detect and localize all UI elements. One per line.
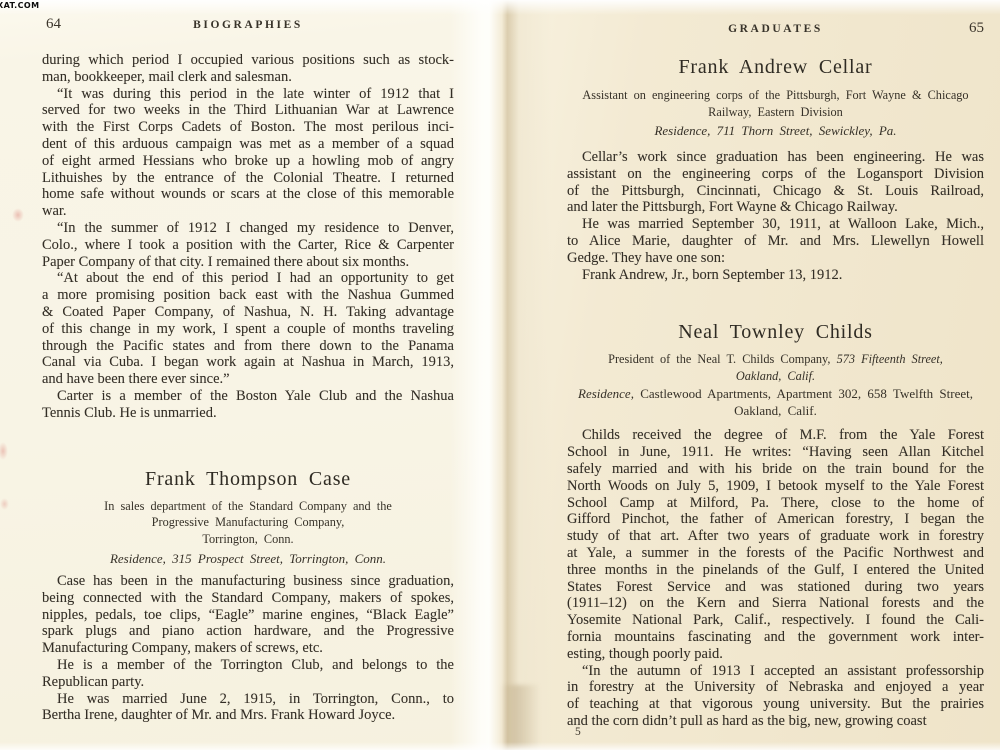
text-line: safely married and with his bride on the… [567,461,984,478]
text-line: Yosemite National Park, Calif., respecti… [567,612,984,629]
page-number-65: 65 [567,20,1000,37]
paragraph: Cellar’s work since graduation has been … [567,149,984,216]
paragraph: He was married September 30, 1911, at Wa… [567,216,984,266]
text-line: to Alice Marie, daughter of Mr. and Mrs.… [567,233,984,250]
text-line: Gedge. They have one son: [567,250,984,267]
position-line: Railway, Eastern Division [567,104,984,121]
position-line: In sales department of the Standard Comp… [42,498,454,515]
position-line: Torrington, Conn. [42,531,454,548]
paragraph: “It was during this period in the late w… [42,86,454,220]
text-line: and the corn didn’t pull as hard as the … [567,713,984,730]
cellar-biography-text: Cellar’s work since graduation has been … [567,149,984,283]
text-line: and later the Pittsburgh, Fort Wayne & C… [567,199,984,216]
text-line: during which period I occupied various p… [42,52,454,69]
position-line: Oakland, Calif. [567,368,984,385]
text-line: study of that art. After two years of gr… [567,528,984,545]
text-line: “It was during this period in the late w… [42,86,454,103]
text-line: States Forest Service and was stationed … [567,579,984,596]
position-line: President of the Neal T. Childs Company,… [567,351,984,368]
case-biography-text: Case has been in the manufacturing busin… [42,573,454,724]
residence-line: Residence, 315 Prospect Street, Torringt… [110,551,386,566]
running-header-biographies: BIOGRAPHIES [42,19,454,31]
text-line: in forestry at the University of Nebrask… [567,679,984,696]
text-line: three months in the pinelands of the Gul… [567,562,984,579]
text-line: fornia mountains fascinating and the gov… [567,629,984,646]
text-line: Tennis Club. He is unmarried. [42,405,454,422]
text-line: of teaching at that vigorous young unive… [567,696,984,713]
residence-label: Residence, [578,386,640,401]
paragraph: “In the autumn of 1913 I accepted an ass… [567,663,984,730]
position-roman: President of the Neal T. Childs Company, [608,352,836,366]
text-line: Republican party. [42,674,454,691]
text-line: nipples, pedals, toe clips, “Eagle” mari… [42,607,454,624]
paragraph: He is a member of the Torrington Club, a… [42,657,454,691]
position-address-italic: 573 Fifteenth Street, [837,352,943,366]
text-line: spark plugs and piano action hardware, a… [42,623,454,640]
paragraph: “At about the end of this period I had a… [42,270,454,388]
text-line: School Camp at Milford, Pa. There, close… [567,495,984,512]
entry-name-neal-townley-childs: Neal Townley Childs [567,319,984,345]
text-line: Frank Andrew, Jr., born September 13, 19… [567,267,984,284]
carter-biography-text: during which period I occupied various p… [42,52,454,422]
watermark: XAT.COM [0,1,39,10]
paragraph: He was married June 2, 1915, in Torringt… [42,691,454,725]
residence-line: Residence, Castlewood Apartments, Apartm… [567,385,984,402]
text-line: dent of this arduous campaign was met as… [42,136,454,153]
text-line: Gifford Pinchot, the father of American … [567,511,984,528]
text-line: Colo., where I took a position with the … [42,237,454,254]
text-line: war. [42,203,454,220]
paragraph: during which period I occupied various p… [42,52,454,86]
page-65: GRADUATES 65 Frank Andrew Cellar Assista… [492,0,1000,750]
text-line: being connected with the Standard Compan… [42,590,454,607]
text-line: School in June, 1911. He writes: “Having… [567,444,984,461]
text-line: home safe without wounds or scars at the… [42,186,454,203]
entry-residence-case: Residence, 315 Prospect Street, Torringt… [42,550,454,567]
text-line: He is a member of the Torrington Club, a… [42,657,454,674]
childs-biography-text: Childs received the degree of M.F. from … [567,427,984,729]
entry-position-childs: President of the Neal T. Childs Company,… [567,351,984,384]
entry-residence-cellar: Residence, 711 Thorn Street, Sewickley, … [567,122,984,139]
position-line: Progressive Manufacturing Company, [42,514,454,531]
paragraph: Case has been in the manufacturing busin… [42,573,454,657]
text-line: Lithuishes by the entrance of the Coloni… [42,170,454,187]
entry-position-cellar: Assistant on engineering corps of the Pi… [567,87,984,120]
text-line: (1911–12) on the Kern and Sierra Nationa… [567,595,984,612]
entry-residence-childs: Residence, Castlewood Apartments, Apartm… [567,385,984,419]
text-line: at Yale, a summer in the forests of the … [567,545,984,562]
paragraph: “In the summer of 1912 I changed my resi… [42,220,454,270]
text-line: Cellar’s work since graduation has been … [567,149,984,166]
text-line: and have been there ever since.” [42,371,454,388]
text-line: man, bookkeeper, mail clerk and salesman… [42,69,454,86]
text-line: Case has been in the manufacturing busin… [42,573,454,590]
text-line: & Coated Paper Company, of Nashua, N. H.… [42,304,454,321]
text-line: with the First Corps Cadets of Boston. T… [42,119,454,136]
text-line: Bertha Irene, daughter of Mr. and Mrs. F… [42,707,454,724]
text-line: of eight armed Hessians who broke up a h… [42,153,454,170]
entry-name-frank-andrew-cellar: Frank Andrew Cellar [567,54,984,80]
text-line: “In the autumn of 1913 I accepted an ass… [567,663,984,680]
text-line: esting, though poorly paid. [567,646,984,663]
residence-line: Residence, 711 Thorn Street, Sewickley, … [654,123,896,138]
text-line: through the Pacific states and from ther… [42,338,454,355]
text-line: Manufacturing Company, makers of screws,… [42,640,454,657]
text-line: “At about the end of this period I had a… [42,270,454,287]
text-line: “In the summer of 1912 I changed my resi… [42,220,454,237]
page-65-text-column: Frank Andrew Cellar Assistant on enginee… [567,0,984,730]
paragraph: Frank Andrew, Jr., born September 13, 19… [567,267,984,284]
paragraph: Carter is a member of the Boston Yale Cl… [42,388,454,422]
entry-position-case: In sales department of the Standard Comp… [42,498,454,548]
scan-stain [0,442,8,460]
text-line: of the Pittsburgh, Cincinnati, Chicago &… [567,183,984,200]
paragraph: Childs received the degree of M.F. from … [567,427,984,662]
text-line: He was married September 30, 1911, at Wa… [567,216,984,233]
page-64: XAT.COM 64 BIOGRAPHIES during which peri… [0,0,492,750]
signature-mark: 5 [575,726,581,738]
book-scan: XAT.COM 64 BIOGRAPHIES during which peri… [0,0,1000,750]
page-64-text-column: during which period I occupied various p… [42,52,454,724]
text-line: Carter is a member of the Boston Yale Cl… [42,388,454,405]
position-city-italic: Oakland, Calif. [736,369,815,383]
text-line: served for two weeks in the Third Lithua… [42,102,454,119]
text-line: Paper Company of that city. I remained t… [42,254,454,271]
scan-stain [12,208,24,222]
entry-name-frank-thompson-case: Frank Thompson Case [42,466,454,492]
scan-stain [0,498,9,510]
text-line: Childs received the degree of M.F. from … [567,427,984,444]
text-line: a more promising position back east with… [42,287,454,304]
text-line: Canal via Cuba. I began work again at Na… [42,354,454,371]
text-line: of this change in my work, I spent a cou… [42,321,454,338]
text-line: He was married June 2, 1915, in Torringt… [42,691,454,708]
residence-roman: Castlewood Apartments, Apartment 302, 65… [640,386,973,401]
residence-line: Oakland, Calif. [567,402,984,419]
position-line: Assistant on engineering corps of the Pi… [567,87,984,104]
text-line: assistant on the engineering corps of th… [567,166,984,183]
text-line: North Woods on July 5, 1909, I betook my… [567,478,984,495]
